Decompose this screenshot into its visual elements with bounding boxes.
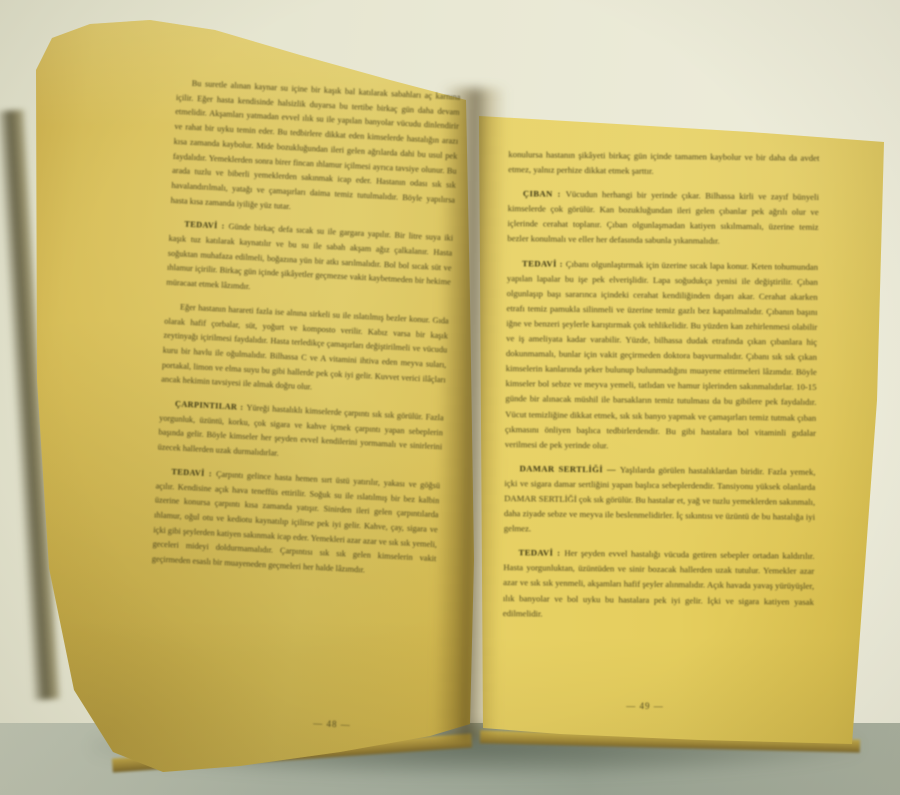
paragraph: konulursa hastanın şikâyeti birkaç gün i… [508, 147, 819, 181]
paragraph: Eğer hastanın harareti fazla ise alnına … [161, 300, 449, 403]
right-page-number: — 49 — [600, 701, 690, 712]
paragraph: ÇIBAN : Vücudun herhangi bir yerinde çık… [507, 186, 819, 250]
book-photo: Bu suretle alınan kaynar su içine bir ka… [0, 0, 900, 795]
paragraph: DAMAR SERTLİĞİ — Yaşlılarda görülen hast… [504, 461, 816, 540]
right-page-text: konulursa hastanın şikâyeti birkaç gün i… [502, 147, 820, 717]
paragraph-heading: ÇARPINTILAR : [175, 399, 247, 412]
paragraph-heading: TEDAVİ : [184, 220, 229, 231]
paragraph-heading: ÇIBAN : [523, 188, 566, 199]
paragraph-heading: TEDAVİ : [171, 467, 216, 478]
paragraph: TEDAVİ : Her şeyden evvel hastalığı vücu… [503, 545, 815, 624]
paragraph-heading: TEDAVİ : [522, 258, 566, 269]
paragraph-heading: TEDAVİ : [518, 548, 564, 559]
paragraph-heading: DAMAR SERTLİĞİ — [519, 463, 620, 474]
paragraph: ÇARPINTILAR : Yüreği hastalıklı kimseler… [157, 397, 444, 471]
paragraph: TEDAVİ : Çarpıntı gelince hasta hemen sı… [151, 464, 440, 582]
paragraph: TEDAVİ : Çıbanı olgunlaştırmak için üzer… [505, 256, 818, 456]
paragraph: TEDAVİ : Günde birkaç defa sıcak su ile … [166, 217, 453, 305]
paragraph: Bu suretle alınan kaynar su içine bir ka… [170, 76, 461, 223]
left-page-text: Bu suretle alınan kaynar su içine bir ka… [143, 76, 461, 738]
